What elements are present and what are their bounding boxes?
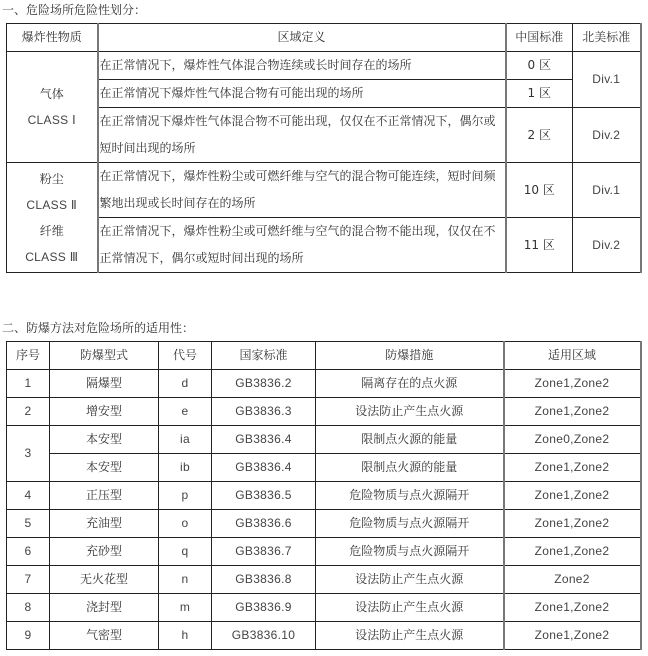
row-type: 充砂型 [50, 538, 159, 566]
zone-definition: 在正常情况下爆炸性气体混合物不可能出现，仅仅在不正常情况下，偶尔或短时间出现的场… [98, 108, 506, 163]
zone-definition: 在正常情况下，爆炸性粉尘或可燃纤维与空气的混合物可能连续，短时间频繁地出现或长时… [98, 163, 506, 218]
table-row: 本安型 ib GB3836.4 限制点火源的能量 Zone1,Zone2 [7, 454, 641, 482]
row-standard: GB3836.9 [212, 594, 316, 622]
row-no: 6 [7, 538, 50, 566]
row-measure: 限制点火源的能量 [316, 426, 504, 454]
table-row: 在正常情况下爆炸性气体混合物不可能出现，仅仅在不正常情况下，偶尔或短时间出现的场… [7, 108, 641, 163]
row-measure: 隔离存在的点火源 [316, 370, 504, 398]
row-measure: 危险物质与点火源隔开 [316, 482, 504, 510]
row-type: 增安型 [50, 398, 159, 426]
row-code: ia [159, 426, 212, 454]
row-zone: Zone2 [504, 566, 641, 594]
row-code: e [159, 398, 212, 426]
row-no: 2 [7, 398, 50, 426]
row-standard: GB3836.8 [212, 566, 316, 594]
row-zone: Zone1,Zone2 [504, 538, 641, 566]
row-standard: GB3836.2 [212, 370, 316, 398]
row-code: p [159, 482, 212, 510]
hazard-classification-table: 爆炸性物质 区域定义 中国标准 北美标准 气体 CLASS Ⅰ 在正常情况下，爆… [6, 23, 642, 273]
row-type: 无火花型 [50, 566, 159, 594]
row-code: q [159, 538, 212, 566]
row-type: 本安型 [50, 426, 159, 454]
row-type: 隔爆型 [50, 370, 159, 398]
header-substance: 爆炸性物质 [7, 24, 98, 52]
table-header-row: 序号 防爆型式 代号 国家标准 防爆措施 适用区域 [7, 342, 641, 370]
header-type: 防爆型式 [50, 342, 159, 370]
row-type: 气密型 [50, 622, 159, 650]
table-row: 8 浇封型 m GB3836.9 设法防止产生点火源 Zone1,Zone2 [7, 594, 641, 622]
row-type: 充油型 [50, 510, 159, 538]
substance-label: 气体 [7, 81, 97, 107]
row-zone: Zone1,Zone2 [504, 622, 641, 650]
header-measure: 防爆措施 [316, 342, 504, 370]
row-no: 1 [7, 370, 50, 398]
row-type: 本安型 [50, 454, 159, 482]
header-code: 代号 [159, 342, 212, 370]
row-standard: GB3836.4 [212, 454, 316, 482]
substance-dust-fiber-cell: 粉尘 CLASS Ⅱ 纤维 CLASS Ⅲ [7, 163, 98, 273]
row-measure: 设法防止产生点火源 [316, 566, 504, 594]
row-type: 正压型 [50, 482, 159, 510]
table-row: 4 正压型 p GB3836.5 危险物质与点火源隔开 Zone1,Zone2 [7, 482, 641, 510]
class-label: CLASS Ⅱ [7, 192, 97, 218]
zone-definition: 在正常情况下，爆炸性气体混合物连续或长时间存在的场所 [98, 52, 506, 80]
row-zone: Zone0,Zone2 [504, 426, 641, 454]
header-na-standard: 北美标准 [573, 24, 641, 52]
row-zone: Zone1,Zone2 [504, 370, 641, 398]
row-standard: GB3836.3 [212, 398, 316, 426]
row-no: 9 [7, 622, 50, 650]
class-label: CLASS Ⅲ [7, 244, 97, 270]
table-row: 1 隔爆型 d GB3836.2 隔离存在的点火源 Zone1,Zone2 [7, 370, 641, 398]
row-zone: Zone1,Zone2 [504, 594, 641, 622]
row-standard: GB3836.10 [212, 622, 316, 650]
header-no: 序号 [7, 342, 50, 370]
row-measure: 危险物质与点火源隔开 [316, 510, 504, 538]
table-row: 9 气密型 h GB3836.10 设法防止产生点火源 Zone1,Zone2 [7, 622, 641, 650]
row-zone: Zone1,Zone2 [504, 454, 641, 482]
header-definition: 区域定义 [98, 24, 506, 52]
cn-zone: 2 区 [506, 108, 573, 163]
row-no: 5 [7, 510, 50, 538]
row-standard: GB3836.5 [212, 482, 316, 510]
na-division: Div.1 [573, 163, 641, 218]
row-no: 8 [7, 594, 50, 622]
row-no: 4 [7, 482, 50, 510]
zone-definition: 在正常情况下，爆炸性粉尘或可燃纤维与空气的混合物不能出现，仅仅在不正常情况下，偶… [98, 218, 506, 273]
row-code: ib [159, 454, 212, 482]
row-no: 3 [7, 426, 50, 482]
zone-definition: 在正常情况下爆炸性气体混合物有可能出现的场所 [98, 80, 506, 108]
table-header-row: 爆炸性物质 区域定义 中国标准 北美标准 [7, 24, 641, 52]
section-title-hazard-classification: 一、危险场所危险性划分： [2, 2, 146, 18]
row-measure: 设法防止产生点火源 [316, 622, 504, 650]
header-zone: 适用区域 [504, 342, 641, 370]
table-row: 3 本安型 ia GB3836.4 限制点火源的能量 Zone0,Zone2 [7, 426, 641, 454]
table-row: 粉尘 CLASS Ⅱ 纤维 CLASS Ⅲ 在正常情况下，爆炸性粉尘或可燃纤维与… [7, 163, 641, 218]
table-row: 气体 CLASS Ⅰ 在正常情况下，爆炸性气体混合物连续或长时间存在的场所 0 … [7, 52, 641, 80]
explosion-protection-table: 序号 防爆型式 代号 国家标准 防爆措施 适用区域 1 隔爆型 d GB3836… [6, 341, 642, 650]
cn-zone: 1 区 [506, 80, 573, 108]
table-row: 2 增安型 e GB3836.3 设法防止产生点火源 Zone1,Zone2 [7, 398, 641, 426]
header-cn-standard: 中国标准 [506, 24, 573, 52]
row-zone: Zone1,Zone2 [504, 510, 641, 538]
substance-label: 纤维 [7, 218, 97, 244]
class-label: CLASS Ⅰ [7, 107, 97, 133]
row-standard: GB3836.6 [212, 510, 316, 538]
row-measure: 设法防止产生点火源 [316, 398, 504, 426]
row-code: n [159, 566, 212, 594]
row-measure: 危险物质与点火源隔开 [316, 538, 504, 566]
header-standard: 国家标准 [212, 342, 316, 370]
table-row: 在正常情况下，爆炸性粉尘或可燃纤维与空气的混合物不能出现，仅仅在不正常情况下，偶… [7, 218, 641, 273]
row-no: 7 [7, 566, 50, 594]
row-measure: 限制点火源的能量 [316, 454, 504, 482]
table-row: 6 充砂型 q GB3836.7 危险物质与点火源隔开 Zone1,Zone2 [7, 538, 641, 566]
row-measure: 设法防止产生点火源 [316, 594, 504, 622]
substance-gas-cell: 气体 CLASS Ⅰ [7, 52, 98, 163]
cn-zone: 11 区 [506, 218, 573, 273]
row-standard: GB3836.7 [212, 538, 316, 566]
substance-label: 粉尘 [7, 166, 97, 192]
table-row: 在正常情况下爆炸性气体混合物有可能出现的场所 1 区 [7, 80, 641, 108]
table-row: 5 充油型 o GB3836.6 危险物质与点火源隔开 Zone1,Zone2 [7, 510, 641, 538]
na-division: Div.2 [573, 218, 641, 273]
row-standard: GB3836.4 [212, 426, 316, 454]
row-code: d [159, 370, 212, 398]
table-row: 7 无火花型 n GB3836.8 设法防止产生点火源 Zone2 [7, 566, 641, 594]
row-code: m [159, 594, 212, 622]
cn-zone: 0 区 [506, 52, 573, 80]
row-code: o [159, 510, 212, 538]
cn-zone: 10 区 [506, 163, 573, 218]
section-title-explosion-protection: 二、防爆方法对危险场所的适用性： [2, 320, 194, 336]
row-zone: Zone1,Zone2 [504, 482, 641, 510]
na-division: Div.2 [573, 108, 641, 163]
row-code: h [159, 622, 212, 650]
row-type: 浇封型 [50, 594, 159, 622]
row-zone: Zone1,Zone2 [504, 398, 641, 426]
na-division: Div.1 [573, 52, 641, 108]
